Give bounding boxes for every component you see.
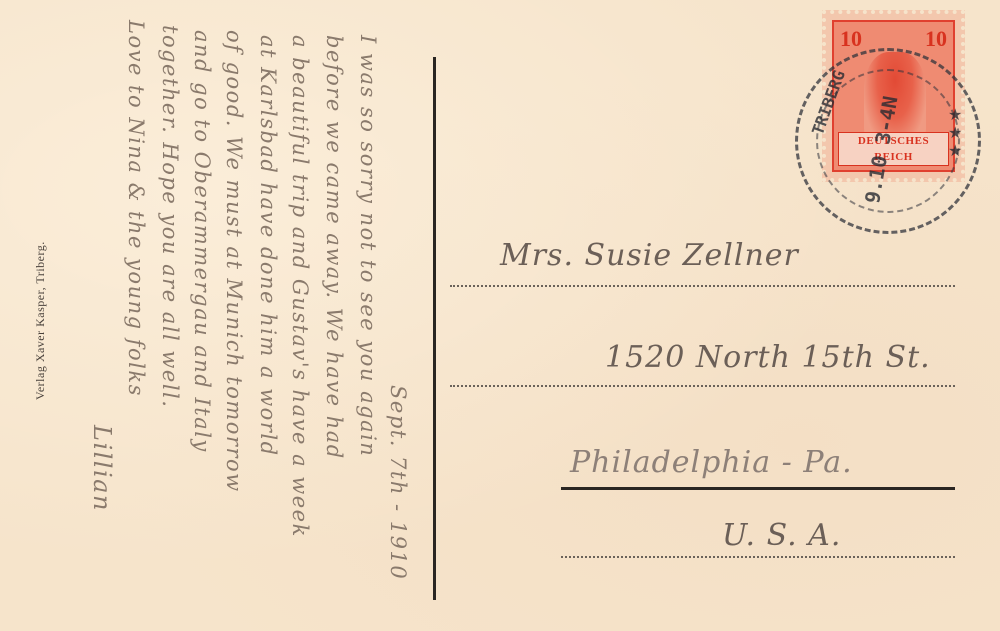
address-line-1 [450,285,955,287]
postmark-stars-icon: ★★★ [948,106,962,160]
message-line: and go to Oberammergau and Italy [190,30,214,453]
stamp-value-right: 10 [925,26,947,52]
center-divider [433,57,436,600]
address-line-3 [561,487,955,490]
message-line: I was so sorry not to see you again [356,35,380,457]
address-line-2 [450,385,955,387]
message-line: before we came away. We have had [322,35,346,460]
message-signature: Lillian [88,425,116,512]
postcard-back: Verlag Xaver Kasper, Triberg. Sept. 7th … [0,0,1000,631]
recipient-country: U. S. A. [722,518,841,553]
message-date: Sept. 7th - 1910 [386,385,410,580]
message-line: Love to Nina & the young folks [124,20,148,397]
message-line: of good. We must at Munich tomorrow [222,30,246,493]
recipient-street: 1520 North 15th St. [605,340,931,375]
publisher-imprint: Verlag Xaver Kasper, Triberg. [33,241,48,400]
stamp-value-left: 10 [840,26,862,52]
recipient-city: Philadelphia - Pa. [570,445,853,480]
message-line: at Karlsbad have done him a world [256,35,280,457]
message-line: together. Hope you are all well. [158,25,182,408]
postmark-cancel-icon: TRIBERG 9.10 3-4N ★★★ [795,48,981,234]
recipient-name: Mrs. Susie Zellner [500,238,799,273]
message-line: a beautiful trip and Gustav's have a wee… [288,35,312,538]
address-line-4 [561,556,955,558]
